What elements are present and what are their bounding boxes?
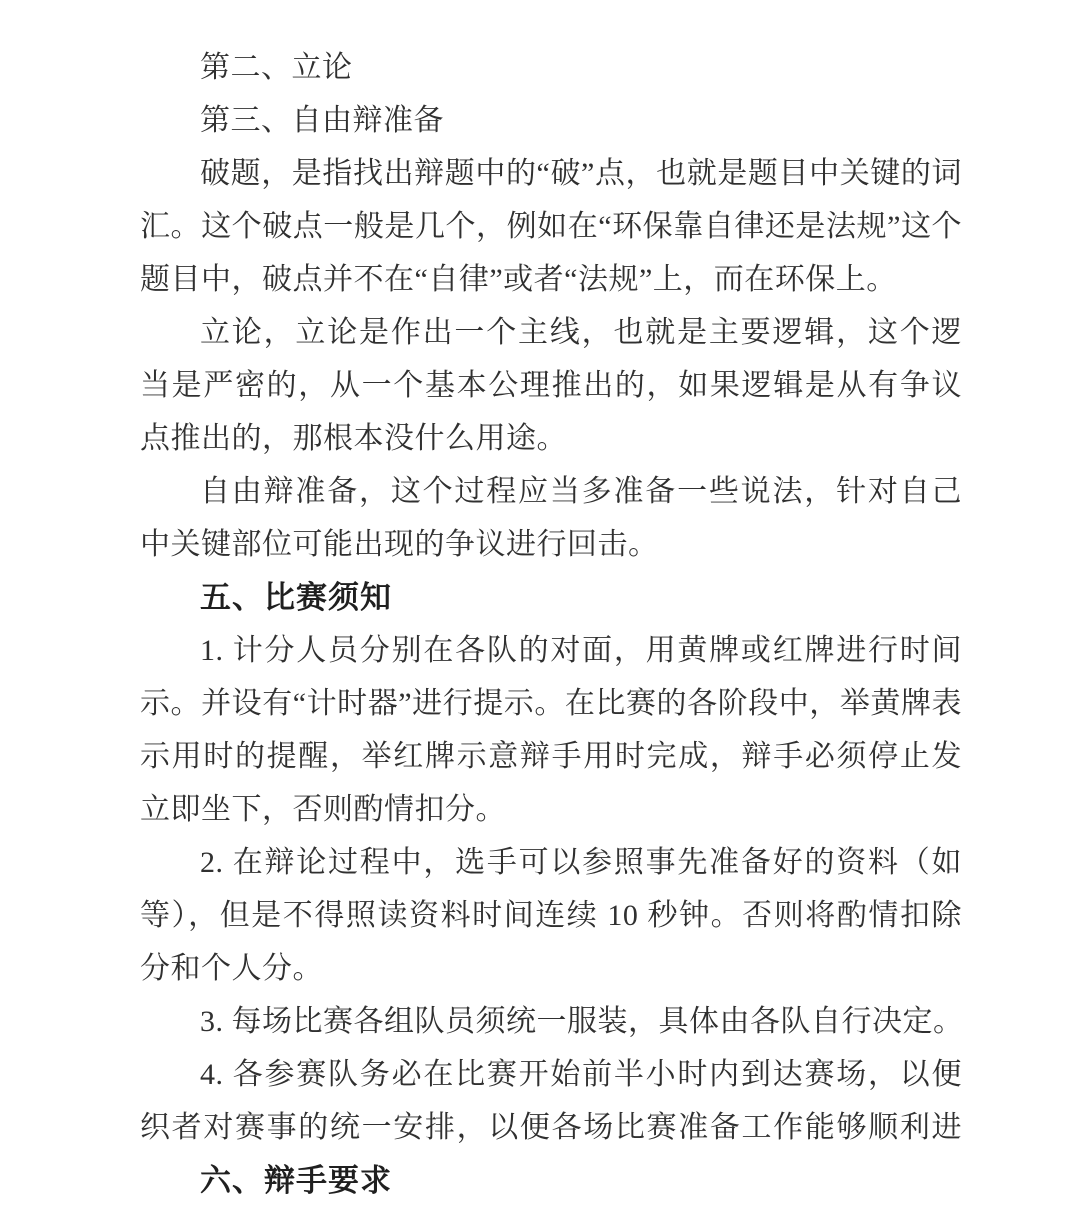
text-line: 自由辩准备，这个过程应当多准备一些说法，针对自己主线: [140, 465, 962, 518]
text-line: 等），但是不得照读资料时间连续 10 秒钟。否则将酌情扣除团体: [140, 889, 962, 942]
text-line: 示。并设有“计时器”进行提示。在比赛的各阶段中，举黄牌表: [140, 677, 962, 730]
section-heading: 五、比赛须知: [140, 571, 962, 624]
text-line: 3. 每场比赛各组队员须统一服装，具体由各队自行决定。: [140, 995, 962, 1048]
document-page: 第二、立论第三、自由辩准备破题，是指找出辩题中的“破”点，也就是题目中关键的词汇…: [0, 0, 1080, 1219]
text-line: 汇。这个破点一般是几个，例如在“环保靠自律还是法规”这个: [140, 200, 962, 253]
text-line: 第三、自由辩准备: [140, 94, 962, 147]
text-line: 中关键部位可能出现的争议进行回击。: [140, 518, 962, 571]
text-line: 示用时的提醒，举红牌示意辩手用时完成，辩手必须停止发言并: [140, 730, 962, 783]
text-line: 分和个人分。: [140, 942, 962, 995]
text-line: 第二、立论: [140, 41, 962, 94]
text-line: 织者对赛事的统一安排，以便各场比赛准备工作能够顺利进行。: [140, 1101, 962, 1154]
text-line: 4. 各参赛队务必在比赛开始前半小时内到达赛场，以便于组: [140, 1048, 962, 1101]
text-line: 题目中，破点并不在“自律”或者“法规”上，而在环保上。: [140, 253, 962, 306]
text-line: 2. 在辩论过程中，选手可以参照事先准备好的资料（如卡片: [140, 836, 962, 889]
text-line: 破题，是指找出辩题中的“破”点，也就是题目中关键的词: [140, 147, 962, 200]
text-line: 当是严密的，从一个基本公理推出的，如果逻辑是从有争议的观: [140, 359, 962, 412]
text-line: 点推出的，那根本没什么用途。: [140, 412, 962, 465]
text-line: 1. 计分人员分别在各队的对面，用黄牌或红牌进行时间的提: [140, 624, 962, 677]
text-line: 立即坐下，否则酌情扣分。: [140, 783, 962, 836]
text-line: 立论，立论是作出一个主线，也就是主要逻辑，这个逻辑应: [140, 306, 962, 359]
section-heading: 六、辩手要求: [140, 1154, 962, 1207]
document-text-block: 第二、立论第三、自由辩准备破题，是指找出辩题中的“破”点，也就是题目中关键的词汇…: [140, 41, 962, 1207]
